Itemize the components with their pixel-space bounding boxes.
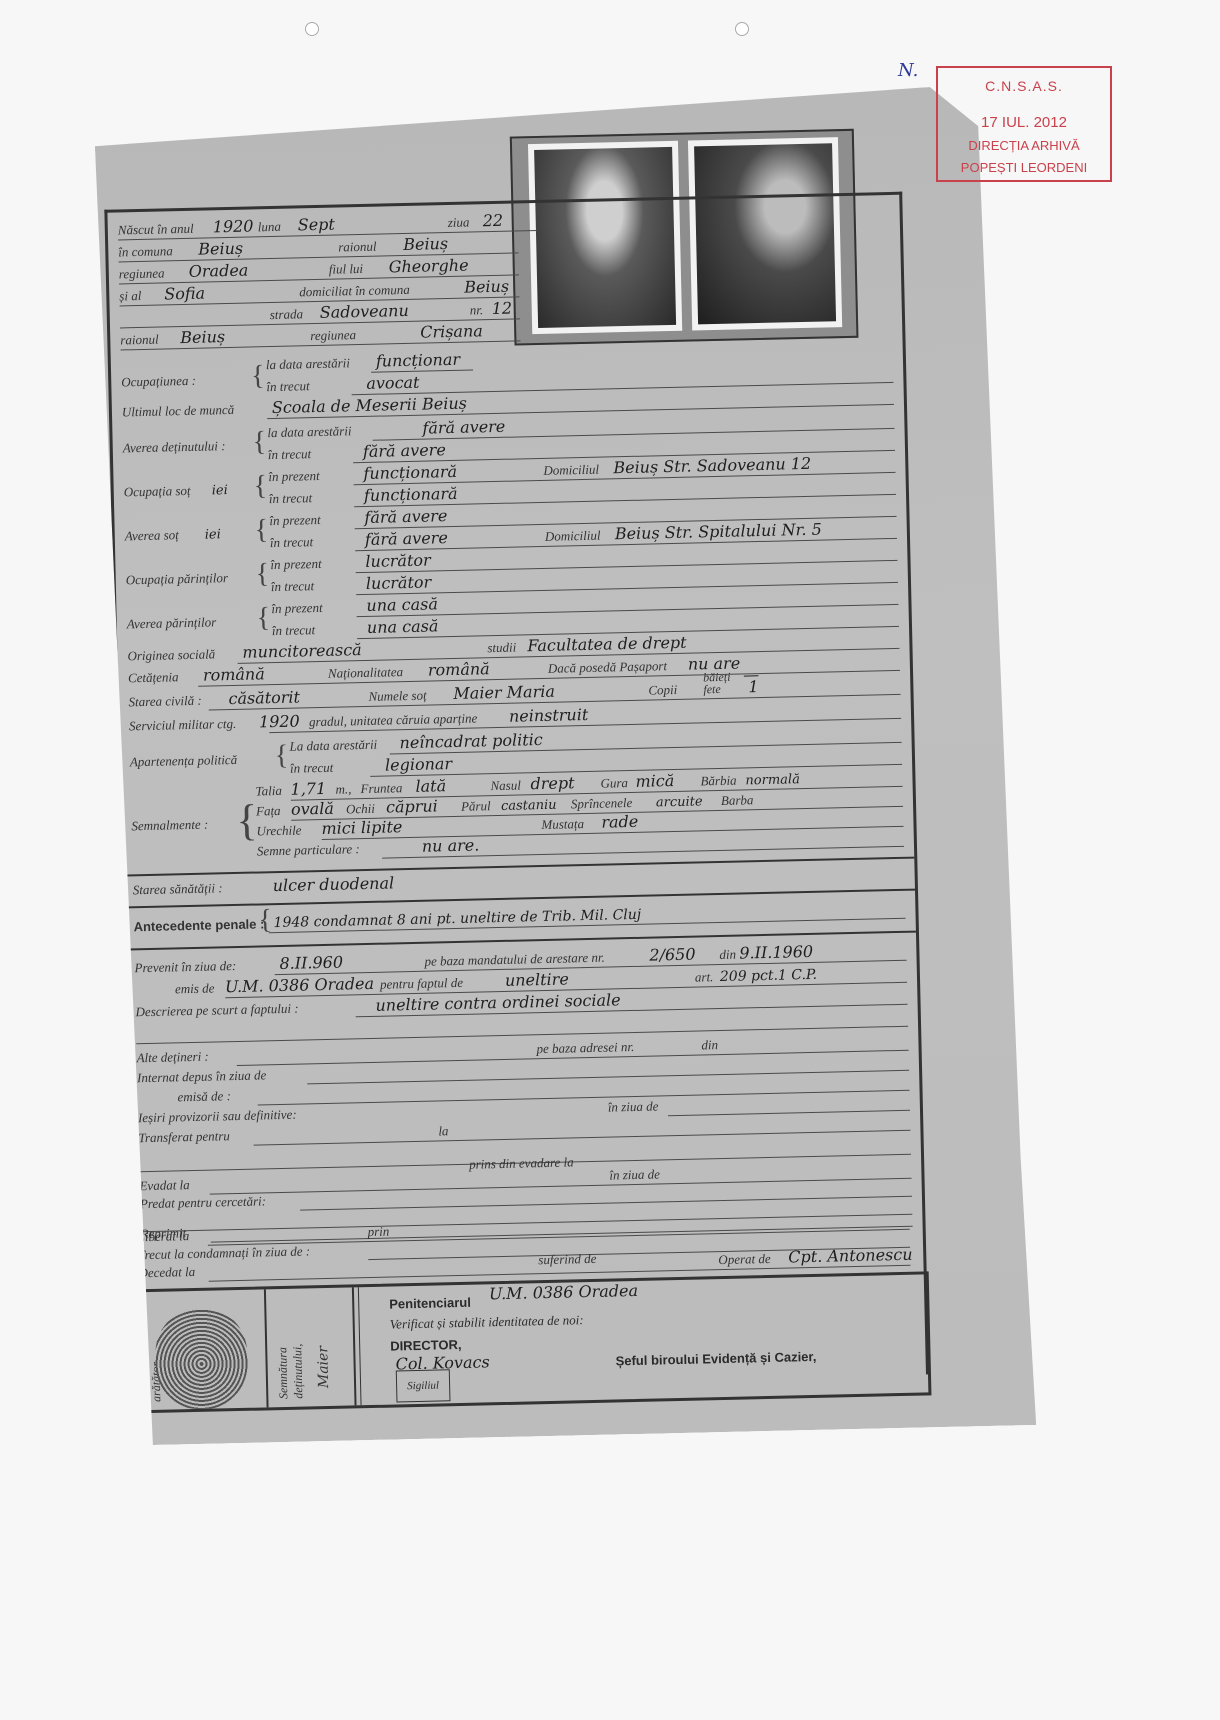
footer-box: Amprenta degetului arătător Semnătura de… [121,1271,932,1413]
stamp-dept-2: POPEȘTI LEORDENI [938,161,1110,175]
stamp-org: C.N.S.A.S. [938,78,1110,94]
registration-form-lower: Liberat la prin Trecut la condamnați în … [127,1206,924,1444]
punch-hole [735,22,749,36]
stamp-dept-1: DIRECȚIA ARHIVĂ [938,139,1110,153]
birth-month: Sept [298,215,336,235]
field-health: Starea sănătății : ulcer duodenal [133,863,905,903]
corner-note: N. [898,60,918,81]
seal-box: Sigiliul [396,1369,451,1402]
stamp-date: 17 IUL. 2012 [938,114,1110,131]
birth-year: 1920 [213,216,254,236]
fingerprint [154,1308,248,1410]
prison-name: U.M. 0386 Oradea [489,1281,638,1303]
detainee-signature: Maier [314,1308,332,1388]
birth-day: 22 [482,211,503,230]
punch-hole [305,22,319,36]
archive-stamp: C.N.S.A.S. 17 IUL. 2012 DIRECȚIA ARHIVĂ … [936,66,1112,182]
record-sheet: Născut în anul 1920 luna Sept ziua 22 în… [94,84,1074,1445]
